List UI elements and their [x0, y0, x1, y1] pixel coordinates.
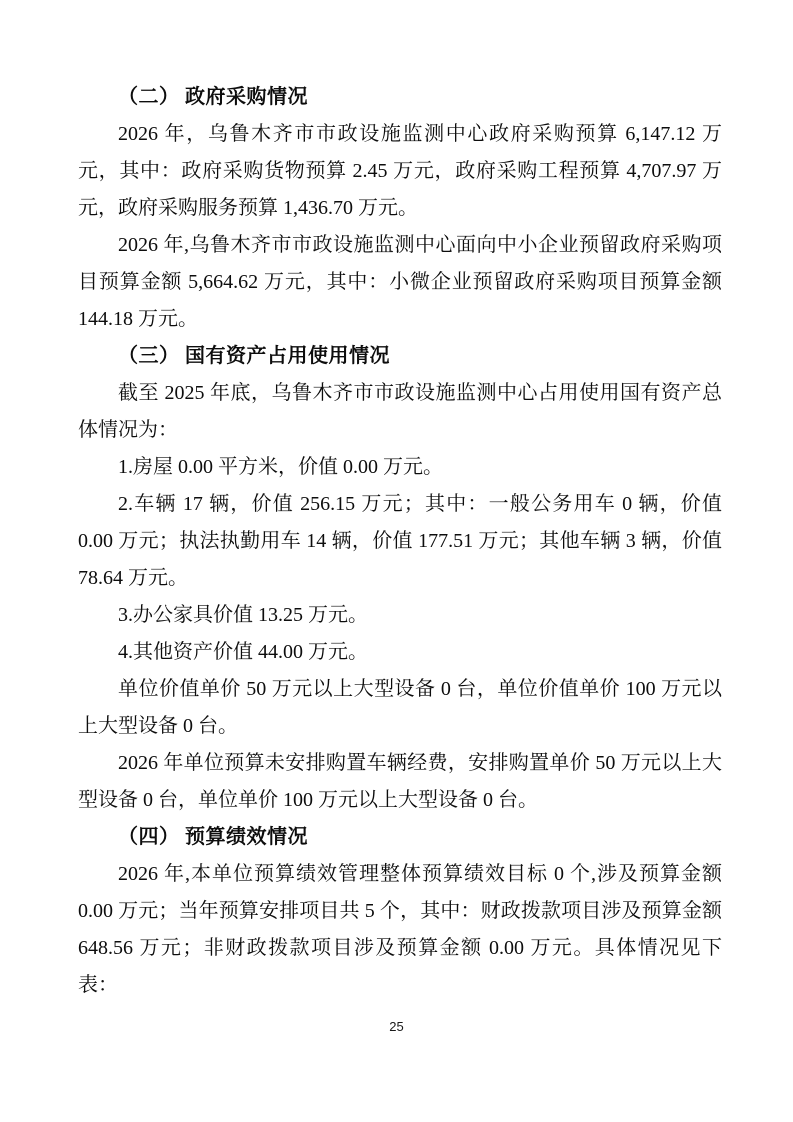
paragraph-assets-overview: 截至 2025 年底，乌鲁木齐市市政设施监测中心占用使用国有资产总体情况为： — [78, 375, 722, 449]
paragraph-large-equipment: 单位价值单价 50 万元以上大型设备 0 台，单位价值单价 100 万元以上大型… — [78, 671, 722, 745]
section-state-assets: （三） 国有资产占用使用情况 截至 2025 年底，乌鲁木齐市市政设施监测中心占… — [78, 338, 722, 819]
page-footer: 25 — [0, 1018, 793, 1036]
paragraph-assets-housing: 1.房屋 0.00 平方米，价值 0.00 万元。 — [78, 449, 722, 486]
section-government-procurement: （二） 政府采购情况 2026 年，乌鲁木齐市市政设施监测中心政府采购预算 6,… — [78, 79, 722, 338]
paragraph-sme-reserved-procurement: 2026 年,乌鲁木齐市市政设施监测中心面向中小企业预留政府采购项目预算金额 5… — [78, 227, 722, 338]
section-heading-government-procurement: （二） 政府采购情况 — [78, 79, 722, 116]
paragraph-assets-vehicles: 2.车辆 17 辆，价值 256.15 万元；其中：一般公务用车 0 辆，价值 … — [78, 486, 722, 597]
section-budget-performance: （四） 预算绩效情况 2026 年,本单位预算绩效管理整体预算绩效目标 0 个,… — [78, 819, 722, 1004]
document-page: （二） 政府采购情况 2026 年，乌鲁木齐市市政设施监测中心政府采购预算 6,… — [0, 0, 793, 1122]
paragraph-procurement-budget: 2026 年，乌鲁木齐市市政设施监测中心政府采购预算 6,147.12 万元，其… — [78, 116, 722, 227]
paragraph-performance-targets: 2026 年,本单位预算绩效管理整体预算绩效目标 0 个,涉及预算金额 0.00… — [78, 856, 722, 1004]
paragraph-assets-furniture: 3.办公家具价值 13.25 万元。 — [78, 597, 722, 634]
page-number: 25 — [389, 1019, 403, 1034]
section-heading-budget-performance: （四） 预算绩效情况 — [78, 819, 722, 856]
paragraph-vehicle-purchase-plan: 2026 年单位预算未安排购置车辆经费，安排购置单价 50 万元以上大型设备 0… — [78, 745, 722, 819]
paragraph-assets-other: 4.其他资产价值 44.00 万元。 — [78, 634, 722, 671]
section-heading-state-assets: （三） 国有资产占用使用情况 — [78, 338, 722, 375]
document-body: （二） 政府采购情况 2026 年，乌鲁木齐市市政设施监测中心政府采购预算 6,… — [78, 79, 722, 1004]
